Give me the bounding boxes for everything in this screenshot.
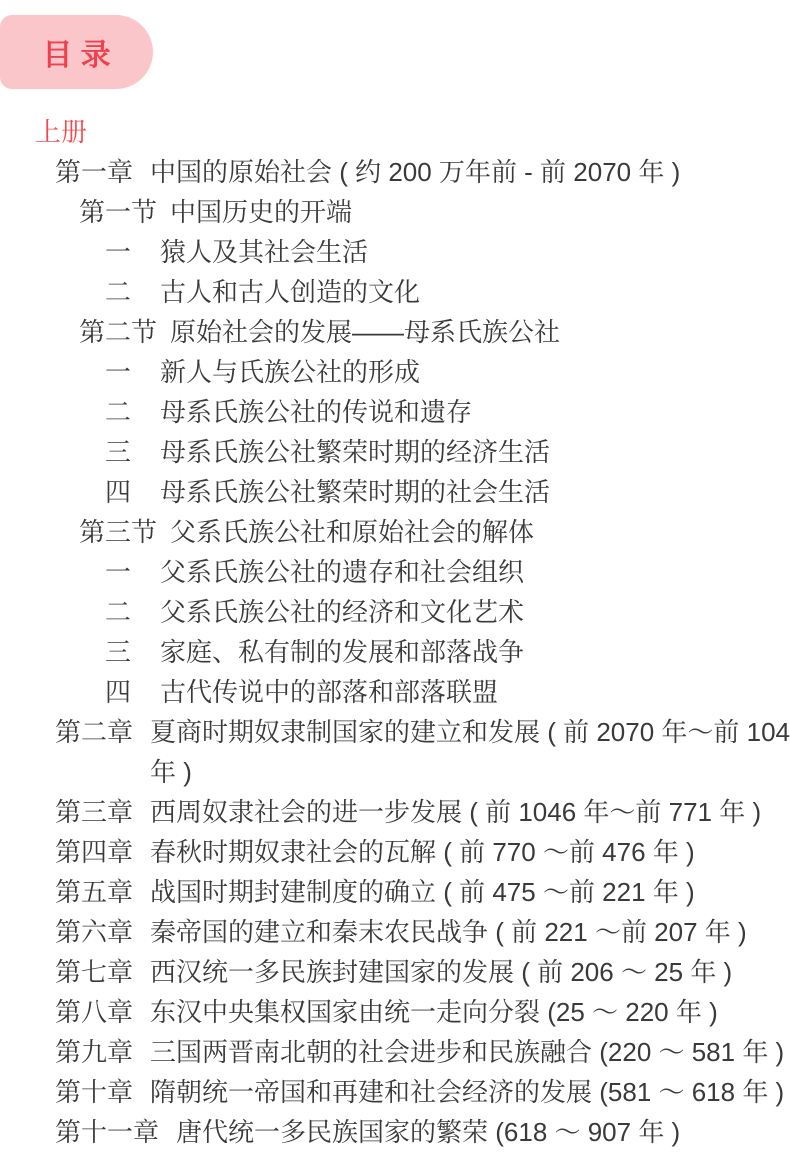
- toc-entry-number: 一: [105, 232, 131, 272]
- toc-entry[interactable]: 一 父系氏族公社的遗存和社会组织: [0, 552, 790, 592]
- toc-entry[interactable]: 四 母系氏族公社繁荣时期的社会生活: [0, 472, 790, 512]
- toc-entry[interactable]: 第六章 秦帝国的建立和秦末农民战争 ( 前 221 ～前 207 年 ): [0, 912, 790, 952]
- toc-entry[interactable]: 第三节 父系氏族公社和原始社会的解体: [0, 512, 790, 552]
- toc-entry-number: 第八章: [55, 992, 133, 1032]
- toc-entry-title: 古代传说中的部落和部落联盟: [160, 672, 498, 712]
- toc-entry[interactable]: 四 古代传说中的部落和部落联盟: [0, 672, 790, 712]
- toc-entry-number: 第二节: [79, 312, 157, 352]
- toc-entry-number: 三: [105, 432, 131, 472]
- toc-entry-title: 三国两晋南北朝的社会进步和民族融合 (220 ～ 581 年 ): [150, 1032, 784, 1072]
- toc-entry-title: 中国历史的开端: [170, 192, 352, 232]
- toc-entry-number: 四: [105, 672, 131, 712]
- toc-entry[interactable]: 二 古人和古人创造的文化: [0, 272, 790, 312]
- toc-entry-title: 西汉统一多民族封建国家的发展 ( 前 206 ～ 25 年 ): [150, 952, 732, 992]
- toc-entry-title: 母系氏族公社繁荣时期的经济生活: [160, 432, 550, 472]
- table-of-contents: 上册 第一章 中国的原始社会 ( 约 200 万年前 - 前 2070 年 ) …: [0, 112, 790, 1172]
- toc-entry-title: 夏商时期奴隶制国家的建立和发展 ( 前 2070 年～前 1046 年 ): [150, 712, 790, 792]
- toc-entry-title: 原始社会的发展——母系氏族公社: [170, 312, 560, 352]
- toc-entry-number: 二: [105, 592, 131, 632]
- toc-entry-title: 中国的原始社会 ( 约 200 万年前 - 前 2070 年 ): [150, 152, 680, 192]
- toc-entry[interactable]: 二 父系氏族公社的经济和文化艺术: [0, 592, 790, 632]
- toc-entry-title: 家庭、私有制的发展和部落战争: [160, 632, 524, 672]
- toc-entry[interactable]: 第四章 春秋时期奴隶社会的瓦解 ( 前 770 ～前 476 年 ): [0, 832, 790, 872]
- toc-entry[interactable]: 三 家庭、私有制的发展和部落战争: [0, 632, 790, 672]
- toc-entry-number: 第六章: [55, 912, 133, 952]
- toc-entry[interactable]: 第二节 原始社会的发展——母系氏族公社: [0, 312, 790, 352]
- toc-entry[interactable]: 第二章 夏商时期奴隶制国家的建立和发展 ( 前 2070 年～前 1046 年 …: [0, 712, 790, 792]
- toc-entry[interactable]: 二 母系氏族公社的传说和遗存: [0, 392, 790, 432]
- volume-label: 上册: [0, 112, 790, 152]
- toc-entry-number: 第一章: [55, 152, 133, 192]
- toc-entry-title: 父系氏族公社的经济和文化艺术: [160, 592, 524, 632]
- toc-entry-number: 第三节: [79, 512, 157, 552]
- toc-entry[interactable]: 一 猿人及其社会生活: [0, 232, 790, 272]
- toc-entry-number: 第十一章: [55, 1112, 159, 1152]
- toc-entry-number: 第五章: [55, 872, 133, 912]
- toc-entry-number: 第二章: [55, 712, 133, 752]
- toc-entry-number: 第三章: [55, 792, 133, 832]
- toc-entry-list: 第一章 中国的原始社会 ( 约 200 万年前 - 前 2070 年 ) 第一节…: [0, 152, 790, 1152]
- toc-entry[interactable]: 第三章 西周奴隶社会的进一步发展 ( 前 1046 年～前 771 年 ): [0, 792, 790, 832]
- toc-entry[interactable]: 第五章 战国时期封建制度的确立 ( 前 475 ～前 221 年 ): [0, 872, 790, 912]
- toc-entry-title: 战国时期封建制度的确立 ( 前 475 ～前 221 年 ): [150, 872, 695, 912]
- toc-entry-number: 二: [105, 272, 131, 312]
- toc-entry-title: 秦帝国的建立和秦末农民战争 ( 前 221 ～前 207 年 ): [150, 912, 747, 952]
- toc-entry[interactable]: 三 母系氏族公社繁荣时期的经济生活: [0, 432, 790, 472]
- toc-entry[interactable]: 第一章 中国的原始社会 ( 约 200 万年前 - 前 2070 年 ): [0, 152, 790, 192]
- toc-entry-number: 第十章: [55, 1072, 133, 1112]
- toc-entry-number: 二: [105, 392, 131, 432]
- toc-entry-number: 第七章: [55, 952, 133, 992]
- toc-entry[interactable]: 第九章 三国两晋南北朝的社会进步和民族融合 (220 ～ 581 年 ): [0, 1032, 790, 1072]
- toc-entry[interactable]: 第八章 东汉中央集权国家由统一走向分裂 (25 ～ 220 年 ): [0, 992, 790, 1032]
- toc-entry-title: 古人和古人创造的文化: [160, 272, 420, 312]
- toc-entry-number: 第四章: [55, 832, 133, 872]
- toc-entry[interactable]: 第一节 中国历史的开端: [0, 192, 790, 232]
- toc-entry[interactable]: 第十一章 唐代统一多民族国家的繁荣 (618 ～ 907 年 ): [0, 1112, 790, 1152]
- toc-entry[interactable]: 第十章 隋朝统一帝国和再建和社会经济的发展 (581 ～ 618 年 ): [0, 1072, 790, 1112]
- toc-entry-number: 四: [105, 472, 131, 512]
- toc-entry-title: 唐代统一多民族国家的繁荣 (618 ～ 907 年 ): [176, 1112, 680, 1152]
- toc-entry-number: 三: [105, 632, 131, 672]
- toc-entry-title: 隋朝统一帝国和再建和社会经济的发展 (581 ～ 618 年 ): [150, 1072, 784, 1112]
- toc-entry-title: 母系氏族公社的传说和遗存: [160, 392, 472, 432]
- toc-entry[interactable]: 第七章 西汉统一多民族封建国家的发展 ( 前 206 ～ 25 年 ): [0, 952, 790, 992]
- toc-entry-number: 第九章: [55, 1032, 133, 1072]
- toc-entry-title: 西周奴隶社会的进一步发展 ( 前 1046 年～前 771 年 ): [150, 792, 761, 832]
- toc-entry-title: 父系氏族公社的遗存和社会组织: [160, 552, 524, 592]
- toc-entry-title: 春秋时期奴隶社会的瓦解 ( 前 770 ～前 476 年 ): [150, 832, 695, 872]
- toc-entry-title: 东汉中央集权国家由统一走向分裂 (25 ～ 220 年 ): [150, 992, 718, 1032]
- toc-entry-title: 母系氏族公社繁荣时期的社会生活: [160, 472, 550, 512]
- toc-entry-number: 第一节: [79, 192, 157, 232]
- toc-entry-title: 猿人及其社会生活: [160, 232, 368, 272]
- toc-entry[interactable]: 一 新人与氏族公社的形成: [0, 352, 790, 392]
- toc-entry-title: 新人与氏族公社的形成: [160, 352, 420, 392]
- toc-entry-number: 一: [105, 352, 131, 392]
- toc-entry-title: 父系氏族公社和原始社会的解体: [170, 512, 534, 552]
- toc-title-badge: 目 录: [0, 15, 153, 89]
- toc-entry-number: 一: [105, 552, 131, 592]
